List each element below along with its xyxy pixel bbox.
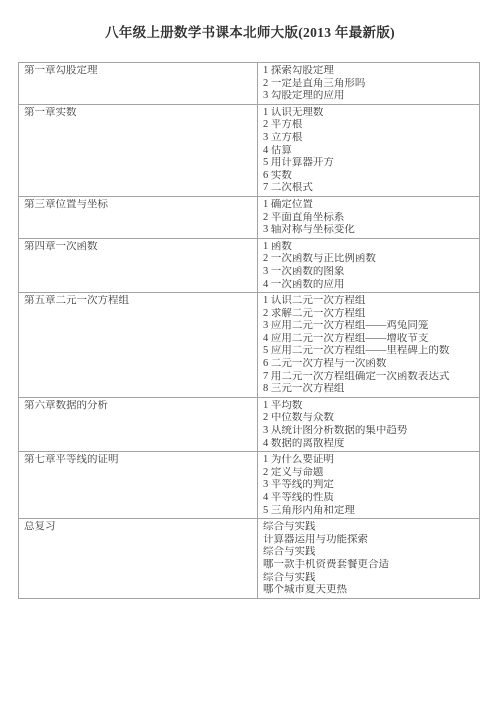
section-line: 计算器运用与功能探索: [263, 534, 475, 547]
sections-cell: 1 认识二元一次方程组2 求解二元一次方程组3 应用二元一次方程组——鸡兔同笼4…: [258, 293, 480, 398]
chapter-cell: 第六章数据的分析: [19, 397, 258, 451]
section-line: 5 应用二元一次方程组——里程碑上的数: [263, 345, 475, 358]
section-line: 2 定义与命题: [263, 467, 475, 480]
sections-cell: 1 探索勾股定理2 一定是直角三角形吗3 勾股定理的应用: [258, 63, 480, 105]
section-line: 2 中位数与众数: [263, 412, 475, 425]
sections-cell: 1 平均数2 中位数与众数3 从统计图分析数据的集中趋势4 数据的离散程度: [258, 397, 480, 451]
chapter-cell: 第四章一次函数: [19, 238, 258, 292]
section-line: 6 实数: [263, 170, 475, 183]
section-line: 4 应用二元一次方程组——增收节支: [263, 333, 475, 346]
table-row: 第七章平等线的证明 1 为什么要证明2 定义与命题3 平等线的判定4 平等线的性…: [19, 452, 480, 519]
chapter-cell: 总复习: [19, 519, 258, 599]
table-row: 第四章一次函数 1 函数2 一次函数与正比例函数3 一次函数的图象4 一次函数的…: [19, 238, 480, 292]
sections-cell: 1 确定位置2 平面直角坐标系3 轴对称与坐标变化: [258, 196, 480, 238]
chapter-label: 总复习: [24, 521, 253, 534]
section-line: 2 平方根: [263, 119, 475, 132]
chapter-cell: 第五章二元一次方程组: [19, 293, 258, 398]
section-line: 3 立方根: [263, 132, 475, 145]
section-line: 4 数据的离散程度: [263, 438, 475, 451]
table-row: 第五章二元一次方程组 1 认识二元一次方程组2 求解二元一次方程组3 应用二元一…: [19, 293, 480, 398]
section-line: 哪一款手机资费套餐更合适: [263, 559, 475, 572]
table-row: 第一章勾股定理 1 探索勾股定理2 一定是直角三角形吗3 勾股定理的应用: [19, 63, 480, 105]
section-line: 4 一次函数的应用: [263, 279, 475, 292]
section-line: 1 认识二元一次方程组: [263, 295, 475, 308]
chapter-cell: 第七章平等线的证明: [19, 452, 258, 519]
section-line: 1 为什么要证明: [263, 454, 475, 467]
section-line: 3 平等线的判定: [263, 479, 475, 492]
section-line: 1 函数: [263, 241, 475, 254]
section-line: 4 平等线的性质: [263, 492, 475, 505]
table-row: 总复习 综合与实践计算器运用与功能探索综合与实践哪一款手机资费套餐更合适综合与实…: [19, 519, 480, 599]
section-line: 2 一定是直角三角形吗: [263, 78, 475, 91]
section-line: 4 估算: [263, 145, 475, 158]
sections-cell: 1 为什么要证明2 定义与命题3 平等线的判定4 平等线的性质5 三角形内角和定…: [258, 452, 480, 519]
table-row: 第一章实数 1 认识无理数2 平方根3 立方根4 估算5 用计算器开方6 实数7…: [19, 104, 480, 196]
section-line: 3 应用二元一次方程组——鸡兔同笼: [263, 320, 475, 333]
section-line: 综合与实践: [263, 521, 475, 534]
sections-cell: 综合与实践计算器运用与功能探索综合与实践哪一款手机资费套餐更合适综合与实践哪个城…: [258, 519, 480, 599]
chapter-label: 第五章二元一次方程组: [24, 295, 253, 308]
section-line: 2 平面直角坐标系: [263, 212, 475, 225]
section-line: 5 三角形内角和定理: [263, 505, 475, 518]
table-row: 第六章数据的分析 1 平均数2 中位数与众数3 从统计图分析数据的集中趋势4 数…: [19, 397, 480, 451]
chapter-label: 第六章数据的分析: [24, 400, 253, 413]
section-line: 1 平均数: [263, 400, 475, 413]
chapter-label: 第七章平等线的证明: [24, 454, 253, 467]
page-title: 八年级上册数学书课本北师大版(2013 年最新版): [0, 21, 500, 41]
chapter-cell: 第一章实数: [19, 104, 258, 196]
section-line: 1 认识无理数: [263, 107, 475, 120]
section-line: 哪个城市夏天更热: [263, 584, 475, 597]
section-line: 2 一次函数与正比例函数: [263, 253, 475, 266]
section-line: 3 勾股定理的应用: [263, 90, 475, 103]
section-line: 5 用计算器开方: [263, 157, 475, 170]
section-line: 2 求解二元一次方程组: [263, 308, 475, 321]
sections-cell: 1 函数2 一次函数与正比例函数3 一次函数的图象4 一次函数的应用: [258, 238, 480, 292]
section-line: 7 二次根式: [263, 182, 475, 195]
section-line: 1 确定位置: [263, 199, 475, 212]
section-line: 综合与实践: [263, 572, 475, 585]
chapter-label: 第三章位置与坐标: [24, 199, 253, 212]
toc-table: 第一章勾股定理 1 探索勾股定理2 一定是直角三角形吗3 勾股定理的应用 第一章…: [18, 62, 480, 599]
section-line: 8 三元一次方程组: [263, 383, 475, 396]
chapter-label: 第一章实数: [24, 107, 253, 120]
chapter-cell: 第三章位置与坐标: [19, 196, 258, 238]
section-line: 7 用二元一次方程组确定一次函数表达式: [263, 371, 475, 384]
section-line: 综合与实践: [263, 546, 475, 559]
table-row: 第三章位置与坐标 1 确定位置2 平面直角坐标系3 轴对称与坐标变化: [19, 196, 480, 238]
chapter-label: 第四章一次函数: [24, 241, 253, 254]
chapter-label: 第一章勾股定理: [24, 65, 253, 78]
section-line: 3 从统计图分析数据的集中趋势: [263, 425, 475, 438]
sections-cell: 1 认识无理数2 平方根3 立方根4 估算5 用计算器开方6 实数7 二次根式: [258, 104, 480, 196]
section-line: 6 二元一次方程与一次函数: [263, 358, 475, 371]
section-line: 3 轴对称与坐标变化: [263, 224, 475, 237]
chapter-cell: 第一章勾股定理: [19, 63, 258, 105]
section-line: 1 探索勾股定理: [263, 65, 475, 78]
section-line: 3 一次函数的图象: [263, 266, 475, 279]
toc-table-body: 第一章勾股定理 1 探索勾股定理2 一定是直角三角形吗3 勾股定理的应用 第一章…: [19, 63, 480, 599]
